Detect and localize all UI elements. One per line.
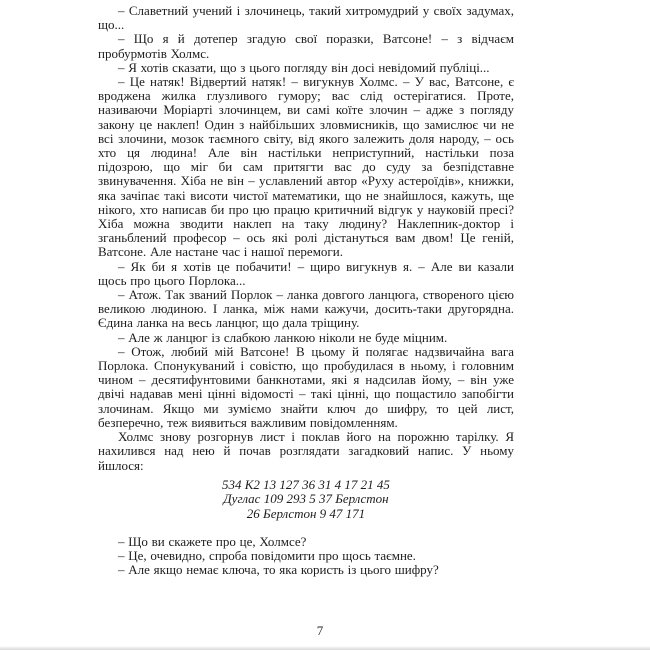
dialogue-line: – Але якщо немає ключа, то яка користь і… (98, 563, 514, 577)
page-number: 7 (0, 623, 640, 639)
paragraph: – Що я й дотепер згадую свої поразки, Ва… (98, 32, 514, 60)
book-page: – Славетний учений і злочинець, такий хи… (0, 0, 650, 650)
dialogue-line: – Що ви скажете про це, Холмсе? (98, 535, 514, 549)
cipher-line: 534 К2 13 127 36 31 4 17 21 45 (98, 478, 514, 492)
paragraph: – Атож. Так званий Порлок – ланка довгог… (98, 288, 514, 331)
cipher-line: 26 Берлстон 9 47 171 (98, 507, 514, 521)
page-text: – Славетний учений і злочинець, такий хи… (98, 4, 514, 578)
paragraph: – Отож, любий мій Ватсоне! В цьому й пол… (98, 345, 514, 430)
page-bottom-edge (0, 646, 650, 650)
cipher-message: 534 К2 13 127 36 31 4 17 21 45 Дуглас 10… (98, 478, 514, 521)
paragraph: – Я хотів сказати, що з цього погляду ві… (98, 61, 514, 75)
paragraph: – Але ж ланцюг із слабкою ланкою ніколи … (98, 331, 514, 345)
cipher-line: Дуглас 109 293 5 37 Берлстон (98, 492, 514, 506)
dialogue-line: – Це, очевидно, спроба повідомити про що… (98, 549, 514, 563)
paragraph: – Як би я хотів це побачити! – щиро вигу… (98, 260, 514, 288)
paragraph: – Славетний учений і злочинець, такий хи… (98, 4, 514, 32)
paragraph: Холмс знову розгорнув лист і поклав його… (98, 430, 514, 473)
paragraph: – Це натяк! Відвертий натяк! – вигукнув … (98, 75, 514, 260)
